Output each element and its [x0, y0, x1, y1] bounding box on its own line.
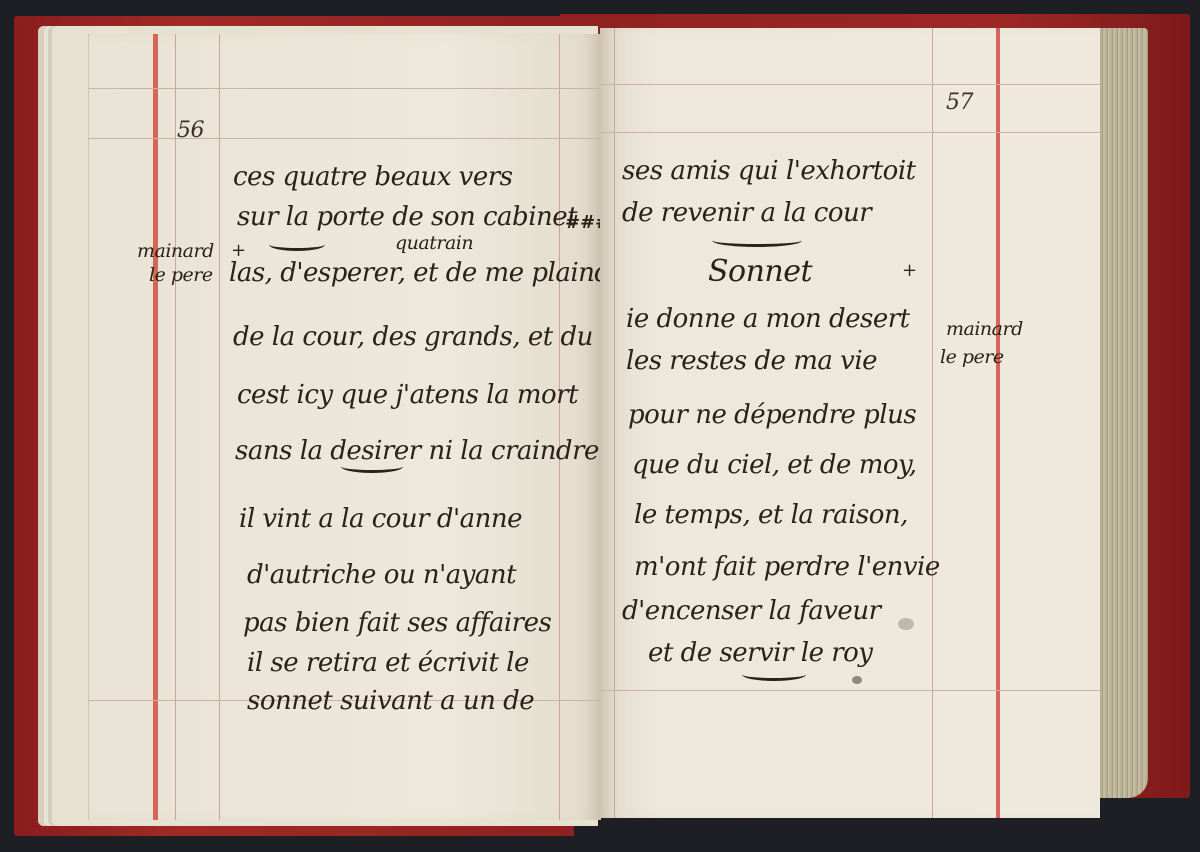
ink-blot — [898, 618, 914, 630]
text-line: sur la porte de son cabinet — [237, 202, 577, 232]
text-line: d'encenser la faveur — [622, 596, 881, 626]
margin-note: mainard — [137, 240, 214, 262]
swash-ornament — [269, 238, 325, 251]
text-line: le temps, et la raison, — [634, 500, 908, 530]
text-line: sonnet suivant a un de — [247, 686, 534, 716]
red-margin-rule — [153, 34, 158, 820]
top-rule — [89, 88, 601, 89]
text-line: ses amis qui l'exhortoit — [622, 156, 916, 186]
page-fore-edge — [1100, 28, 1148, 798]
insertion-mark: + — [902, 260, 917, 281]
text-line: ces quatre beaux vers — [233, 162, 513, 192]
text-line: il vint a la cour d'anne — [239, 504, 522, 534]
text-line: de la cour, des grands, et du sort — [233, 322, 601, 352]
swash-ornament — [742, 668, 806, 681]
margin-mark: ### — [565, 212, 601, 233]
sonnet-heading: Sonnet — [708, 254, 812, 289]
text-line: las, d'esperer, et de me plaindre — [229, 258, 601, 288]
text-line: que du ciel, et de moy, — [632, 450, 917, 480]
ink-blot — [852, 676, 862, 684]
margin-rule — [175, 34, 176, 820]
text-line: cest icy que j'atens la mort — [237, 380, 578, 410]
top-rule — [600, 84, 1100, 85]
margin-note: le pere — [149, 264, 213, 286]
right-page: 57 ses amis qui l'exhortoit de revenir a… — [600, 28, 1100, 818]
margin-note: mainard — [946, 318, 1023, 340]
text-line: pour ne dépendre plus — [628, 400, 916, 430]
swash-ornament — [341, 460, 403, 473]
text-line: m'ont fait perdre l'envie — [634, 552, 940, 582]
text-line: d'autriche ou n'ayant — [247, 560, 516, 590]
text-line: pas bien fait ses affaires — [243, 608, 551, 638]
margin-rule — [559, 34, 560, 820]
text-line: et de servir le roy — [648, 638, 873, 668]
red-margin-rule — [996, 28, 1000, 818]
page-number: 56 — [177, 118, 204, 143]
margin-note: le pere — [940, 346, 1004, 368]
page-number: 57 — [946, 90, 973, 115]
insertion-text: quatrain — [395, 232, 473, 254]
text-line: ie donne a mon desert — [626, 304, 910, 334]
text-line: de revenir a la cour — [622, 198, 871, 228]
margin-rule — [614, 28, 615, 818]
swash-ornament — [712, 234, 802, 247]
bottom-rule — [600, 690, 1100, 691]
left-page: 56 ces quatre beaux vers sur la porte de… — [88, 34, 601, 820]
text-line: il se retira et écrivit le — [247, 648, 529, 678]
text-line: les restes de ma vie — [626, 346, 877, 376]
header-rule — [600, 132, 1100, 133]
margin-rule — [932, 28, 933, 818]
margin-rule — [219, 34, 220, 820]
header-rule — [89, 138, 601, 139]
text-line: sans la desirer ni la craindre — [235, 436, 599, 466]
